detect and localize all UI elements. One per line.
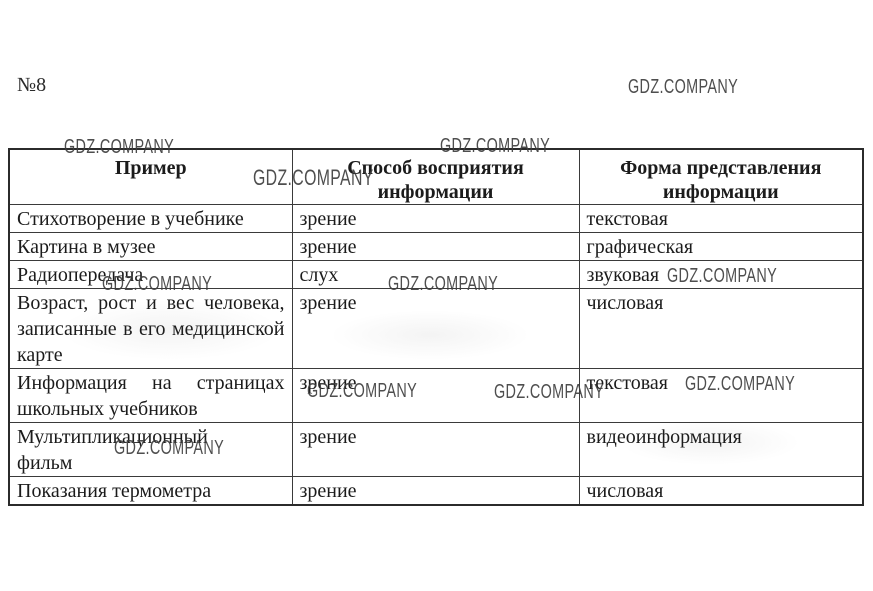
watermark-text: GDZ.COMPANY bbox=[102, 274, 212, 294]
exercise-number: №8 bbox=[17, 74, 46, 97]
scan-smudge bbox=[620, 420, 800, 465]
cell-perception: зрение bbox=[292, 233, 579, 261]
watermark-text: GDZ.COMPANY bbox=[440, 136, 550, 156]
scan-smudge bbox=[330, 310, 530, 360]
table-row: Стихотворение в учебнике зрение текстова… bbox=[9, 205, 863, 233]
watermark-text: GDZ.COMPANY bbox=[494, 382, 604, 402]
watermark-text: GDZ.COMPANY bbox=[628, 77, 738, 97]
cell-example: Показания термометра bbox=[9, 477, 292, 506]
watermark-text: GDZ.COMPANY bbox=[685, 374, 795, 394]
cell-form: числовая bbox=[579, 477, 863, 506]
cell-form: графическая bbox=[579, 233, 863, 261]
watermark-text: GDZ.COMPANY bbox=[64, 137, 174, 157]
scan-smudge bbox=[60, 300, 280, 360]
cell-perception: зрение bbox=[292, 205, 579, 233]
watermark-text: GDZ.COMPANY bbox=[307, 381, 417, 401]
cell-perception: зрение bbox=[292, 423, 579, 477]
cell-form: текстовая bbox=[579, 205, 863, 233]
cell-form: числовая bbox=[579, 289, 863, 369]
watermark-text: GDZ.COMPANY bbox=[388, 274, 498, 294]
watermark-text: GDZ.COMPANY bbox=[114, 438, 224, 458]
table-row: Показания термометра зрение числовая bbox=[9, 477, 863, 506]
document-page: №8 Пример Способ восприятия информации Ф… bbox=[0, 0, 873, 591]
cell-perception: зрение bbox=[292, 477, 579, 506]
watermark-text: GDZ.COMPANY bbox=[667, 266, 777, 286]
cell-example: Информация на страницах школьных учебник… bbox=[9, 369, 292, 423]
cell-example: Картина в музее bbox=[9, 233, 292, 261]
cell-example: Стихотворение в учебнике bbox=[9, 205, 292, 233]
table-row: Картина в музее зрение графическая bbox=[9, 233, 863, 261]
col-header-form: Форма представления информации bbox=[579, 149, 863, 205]
watermark-text: GDZ.COMPANY bbox=[253, 167, 374, 189]
